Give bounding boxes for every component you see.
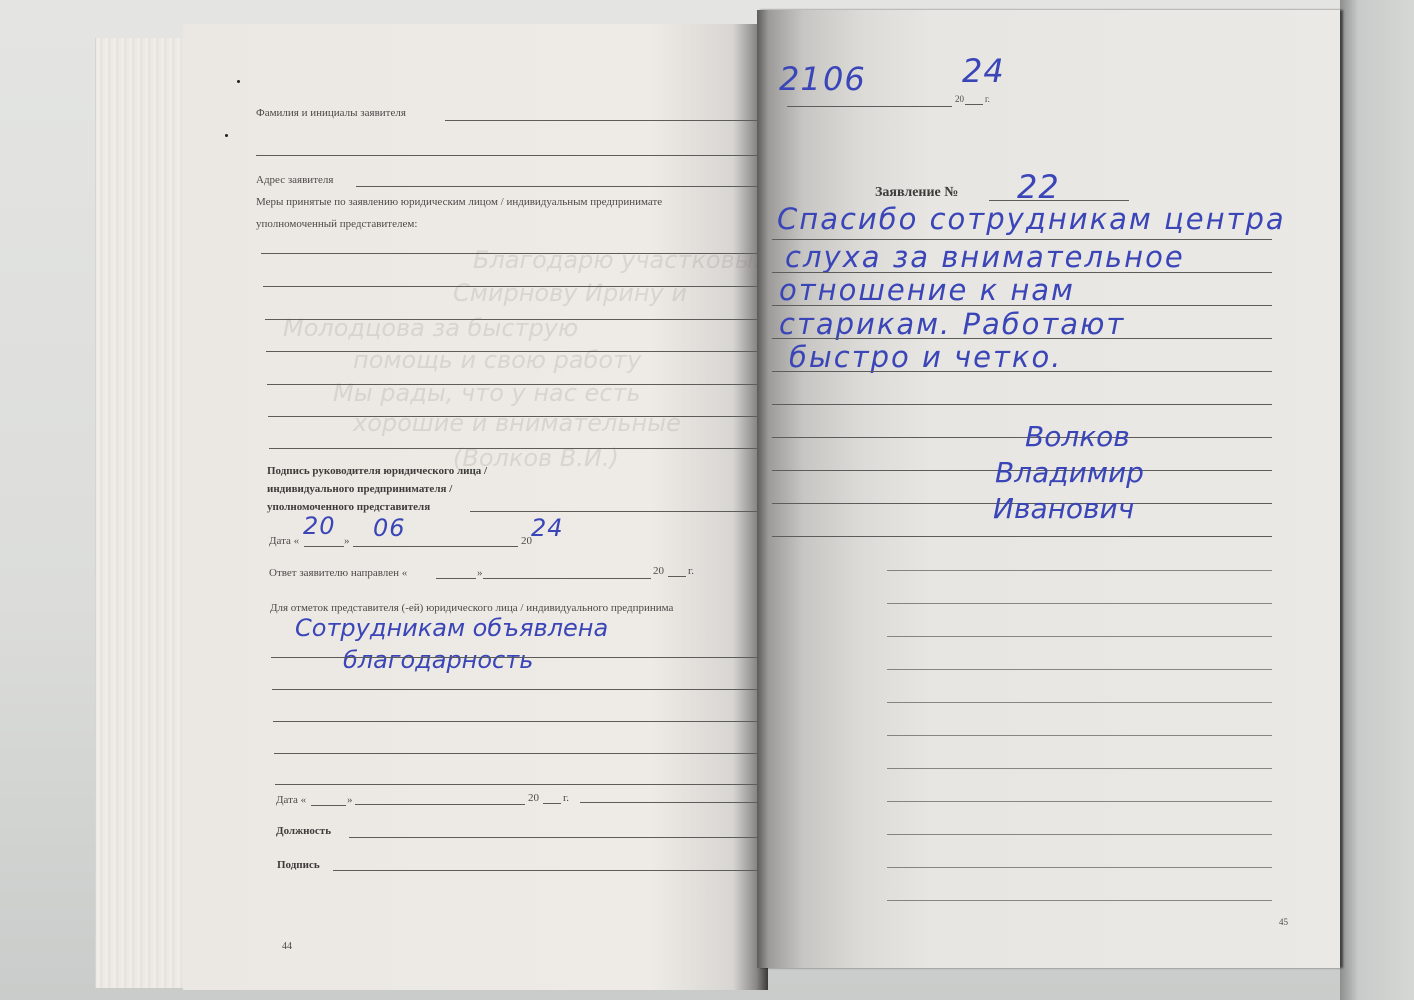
- body-line[interactable]: [887, 834, 1272, 835]
- bleed-through-text: Благодарю участковых: [473, 246, 768, 274]
- measures-line[interactable]: [269, 448, 768, 449]
- reply-year-suffix: г.: [688, 565, 694, 577]
- applicant-address-field[interactable]: [356, 186, 768, 187]
- page-number: 45: [1279, 917, 1288, 927]
- notes-line[interactable]: [275, 784, 768, 785]
- handwritten-date-day: 20: [303, 512, 336, 540]
- applicant-name-field-line2[interactable]: [256, 155, 768, 156]
- handwritten-signature-name: Владимир: [995, 456, 1144, 489]
- notes-line[interactable]: [274, 753, 768, 754]
- body-line[interactable]: [772, 536, 1272, 537]
- bleed-through-text: хорошие и внимательные: [353, 409, 681, 437]
- handwritten-date-month: 06: [373, 514, 406, 542]
- bottom-year-prefix: 20: [528, 792, 539, 804]
- body-line[interactable]: [887, 735, 1272, 736]
- notes-line[interactable]: [271, 657, 768, 658]
- signature-head-label-cont2: уполномоченного представителя: [267, 501, 430, 513]
- handwritten-date-year: 24: [962, 52, 1005, 90]
- bleed-through-text: Смирнову Ирину и: [453, 279, 687, 307]
- date-day-field[interactable]: [304, 546, 344, 547]
- signature-head-field[interactable]: [470, 511, 768, 512]
- application-number: 22: [1017, 168, 1060, 206]
- applicant-address-label: Адрес заявителя: [256, 174, 333, 186]
- body-line[interactable]: [887, 900, 1272, 901]
- applicant-name-label: Фамилия и инициалы заявителя: [256, 107, 406, 119]
- applicant-name-field[interactable]: [445, 120, 768, 121]
- body-line[interactable]: [887, 867, 1272, 868]
- reply-month-field[interactable]: [483, 578, 651, 579]
- handwritten-body-line: Спасибо сотрудникам центра: [777, 202, 1286, 236]
- measures-line[interactable]: [265, 319, 768, 320]
- body-line[interactable]: [772, 338, 1272, 339]
- position-field[interactable]: [349, 837, 768, 838]
- body-line[interactable]: [887, 702, 1272, 703]
- measures-label: Меры принятые по заявлению юридическим л…: [256, 196, 662, 208]
- application-label: Заявление №: [875, 185, 958, 201]
- bottom-date-quote: »: [347, 794, 353, 806]
- notes-line[interactable]: [272, 689, 768, 690]
- handwritten-date-month: 06: [823, 60, 866, 98]
- right-page: 21 06 24 20 г. Заявление № 22 Спасибо со…: [757, 10, 1340, 968]
- body-line[interactable]: [887, 768, 1272, 769]
- ink-speck: [225, 134, 228, 137]
- handwritten-date-year: 24: [531, 514, 564, 542]
- body-line[interactable]: [772, 404, 1272, 405]
- date-label: Дата «: [269, 535, 299, 547]
- reply-day-field[interactable]: [436, 578, 476, 579]
- measures-line[interactable]: [268, 416, 768, 417]
- measures-line[interactable]: [261, 253, 768, 254]
- date-year-prefix: 20: [955, 94, 964, 104]
- handwritten-body-line: отношение к нам: [779, 273, 1075, 307]
- signature-head-label: Подпись руководителя юридического лица /: [267, 465, 487, 477]
- date-month-field[interactable]: [353, 546, 518, 547]
- body-line[interactable]: [887, 636, 1272, 637]
- measures-line[interactable]: [266, 351, 768, 352]
- body-line[interactable]: [772, 437, 1272, 438]
- date-year-field[interactable]: [965, 104, 983, 105]
- body-line[interactable]: [772, 272, 1272, 273]
- handwritten-signature-patronymic: Иванович: [993, 492, 1134, 525]
- handwritten-body-line: слуха за внимательное: [785, 240, 1185, 274]
- bottom-year-suffix: г.: [563, 792, 569, 804]
- reply-year-field[interactable]: [668, 576, 686, 577]
- reply-year-prefix: 20: [653, 565, 664, 577]
- ink-speck: [237, 80, 240, 83]
- date-quote: »: [344, 535, 350, 547]
- page-number: 44: [282, 941, 292, 952]
- handwritten-signature-surname: Волков: [1025, 420, 1130, 453]
- body-line[interactable]: [772, 239, 1272, 240]
- signature-label: Подпись: [277, 859, 320, 871]
- handwritten-body-line: быстро и четко.: [789, 340, 1062, 374]
- handwritten-notes: Сотрудникам объявлена: [295, 614, 608, 642]
- measures-label-cont: уполномоченный представителем:: [256, 218, 417, 230]
- bottom-date-month-field[interactable]: [355, 804, 525, 805]
- notes-label: Для отметок представителя (-ей) юридичес…: [270, 602, 673, 614]
- notes-line[interactable]: [273, 721, 768, 722]
- handwritten-notes-cont: благодарность: [343, 646, 533, 674]
- background-table: [1340, 0, 1414, 1000]
- left-page: Благодарю участковых Смирнову Ирину и Мо…: [183, 24, 768, 990]
- handwritten-date-day: 21: [779, 60, 822, 98]
- signature-head-label-cont: индивидуального предпринимателя /: [267, 483, 452, 495]
- body-line[interactable]: [887, 669, 1272, 670]
- signature-field[interactable]: [333, 870, 768, 871]
- bottom-year-field[interactable]: [543, 803, 561, 804]
- measures-line[interactable]: [263, 286, 768, 287]
- bottom-extra-field[interactable]: [580, 802, 768, 803]
- body-line[interactable]: [772, 371, 1272, 372]
- reply-quote: »: [477, 567, 483, 579]
- position-label: Должность: [276, 825, 331, 837]
- bottom-date-day-field[interactable]: [311, 805, 346, 806]
- date-year-suffix: г.: [985, 94, 990, 104]
- reply-sent-label: Ответ заявителю направлен «: [269, 567, 407, 579]
- body-line[interactable]: [887, 603, 1272, 604]
- body-line[interactable]: [887, 570, 1272, 571]
- page-stack-edge: [95, 38, 191, 988]
- measures-line[interactable]: [267, 384, 768, 385]
- date-field[interactable]: [787, 106, 952, 107]
- body-line[interactable]: [772, 305, 1272, 306]
- bottom-date-label: Дата «: [276, 794, 306, 806]
- handwritten-body-line: старикам. Работают: [779, 307, 1125, 341]
- body-line[interactable]: [887, 801, 1272, 802]
